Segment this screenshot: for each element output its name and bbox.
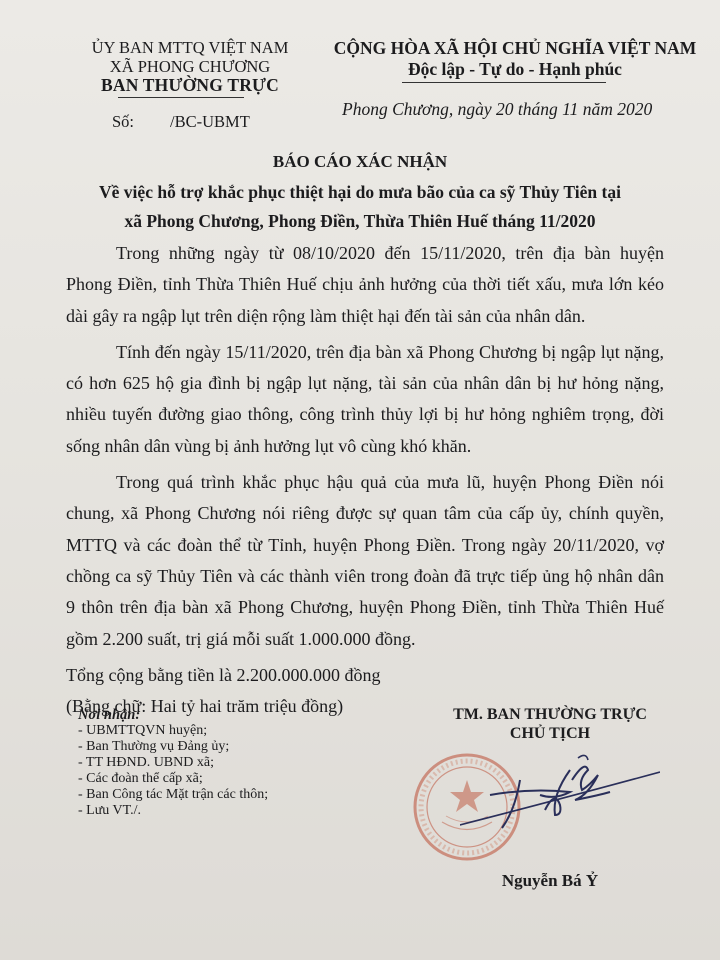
recipients-label: Nơi nhận: (78, 707, 268, 723)
header-left-divider (118, 97, 244, 98)
document-body: Trong những ngày từ 08/10/2020 đến 15/11… (66, 238, 664, 722)
recipient-item: - UBMTTQVN huyện; (78, 723, 268, 739)
national-header: CỘNG HÒA XÃ HỘI CHỦ NGHĨA VIỆT NAM Độc l… (330, 38, 700, 80)
signature-icon (460, 750, 660, 850)
org-line-1: ỦY BAN MTTQ VIỆT NAM (60, 38, 320, 57)
recipient-item: - Lưu VT./. (78, 803, 268, 819)
position-label: CHỦ TỊCH (420, 724, 680, 743)
document-subtitle: Về việc hỗ trợ khắc phục thiệt hại do mư… (40, 178, 680, 236)
signature-title: TM. BAN THƯỜNG TRỰC CHỦ TỊCH (420, 705, 680, 743)
paragraph: Tính đến ngày 15/11/2020, trên địa bàn x… (66, 337, 664, 462)
subtitle-line-2: xã Phong Chương, Phong Điền, Thừa Thiên … (40, 207, 680, 236)
subtitle-line-1: Về việc hỗ trợ khắc phục thiệt hại do mư… (40, 178, 680, 207)
issuing-organization: ỦY BAN MTTQ VIỆT NAM XÃ PHONG CHƯƠNG BAN… (60, 38, 320, 95)
document-number-label: Số: (112, 112, 134, 131)
recipient-item: - Ban Thường vụ Đảng ủy; (78, 739, 268, 755)
recipients-list: Nơi nhận: - UBMTTQVN huyện; - Ban Thường… (78, 707, 268, 819)
org-line-2: XÃ PHONG CHƯƠNG (60, 57, 320, 76)
document-number: Số:/BC-UBMT (112, 112, 250, 132)
place-date: Phong Chương, ngày 20 tháng 11 năm 2020 (342, 99, 652, 120)
country-name: CỘNG HÒA XÃ HỘI CHỦ NGHĨA VIỆT NAM (330, 38, 700, 59)
recipient-item: - Các đoàn thể cấp xã; (78, 771, 268, 787)
paragraph: Trong quá trình khắc phục hậu quả của mư… (66, 467, 664, 655)
paragraph: Trong những ngày từ 08/10/2020 đến 15/11… (66, 238, 664, 332)
signer-name: Nguyễn Bá Ỷ (420, 871, 680, 891)
document-number-value: /BC-UBMT (170, 112, 250, 131)
org-line-3: BAN THƯỜNG TRỰC (60, 76, 320, 95)
national-motto: Độc lập - Tự do - Hạnh phúc (330, 59, 700, 80)
on-behalf-label: TM. BAN THƯỜNG TRỰC (420, 705, 680, 724)
recipient-item: - Ban Công tác Mặt trận các thôn; (78, 787, 268, 803)
document-title: BÁO CÁO XÁC NHẬN (0, 152, 720, 172)
recipient-item: - TT HĐND. UBND xã; (78, 755, 268, 771)
header-right-divider (402, 82, 606, 83)
total-amount: Tổng cộng bằng tiền là 2.200.000.000 đồn… (66, 660, 664, 691)
